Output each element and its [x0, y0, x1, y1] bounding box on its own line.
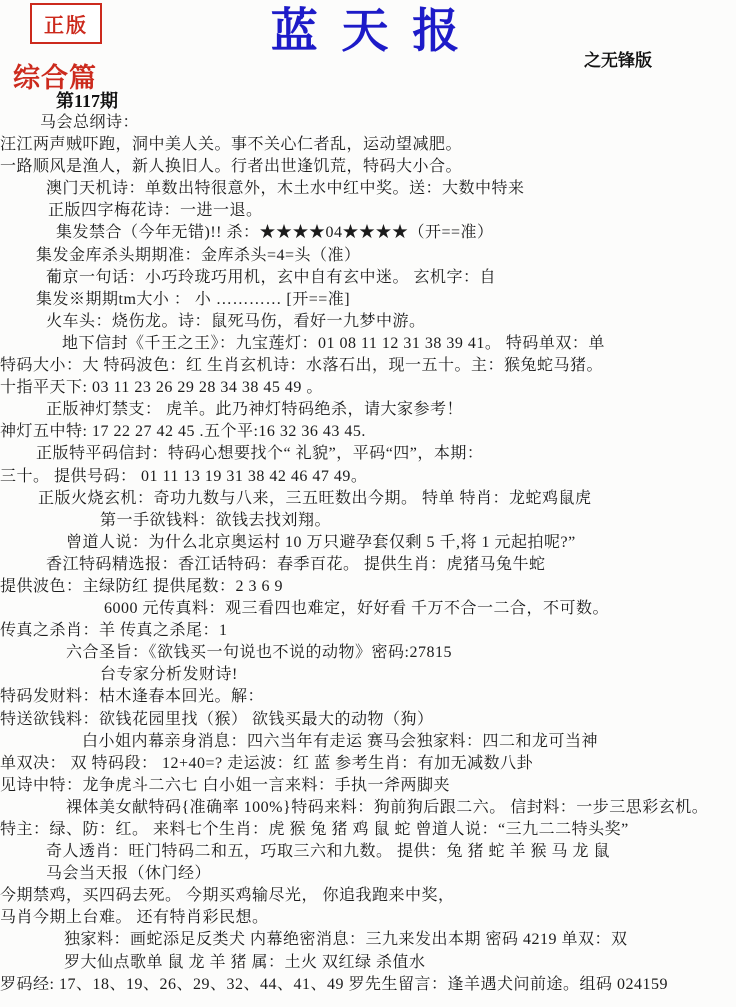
text-line: 传真之杀肖：羊 传真之杀尾：1 [0, 620, 736, 642]
text-line: 曾道人说：为什么北京奥运村 10 万只避孕套仅剩 5 千,将 1 元起拍呢?” [0, 532, 736, 554]
text-line: 独家料：画蛇添足反类犬 内幕绝密消息：三九来发出本期 密码 4219 单双：双 [0, 929, 736, 951]
text-line: 特送欲钱料：欲钱花园里找（猴） 欲钱买最大的动物（狗） [0, 709, 736, 731]
edition-label: 之无锋版 [584, 46, 652, 71]
text-line: 奇人透肖：旺门特码二和五，巧取三六和九数。 提供：兔 猪 蛇 羊 猴 马 龙 鼠 [0, 841, 736, 863]
text-line: 提供波色：主绿防红 提供尾数：2 3 6 9 [0, 576, 736, 598]
text-line: 火车头：烧伤龙。诗：鼠死马伤，看好一九梦中游。 [0, 311, 736, 333]
text-line: 马肖今期上台难。 还有特肖彩民想。 [0, 907, 736, 929]
text-line: 特码发财料：枯木逢春本回光。解： [0, 686, 736, 708]
text-line: 罗大仙点歌单 鼠 龙 羊 猪 属：土火 双红绿 杀值水 [0, 952, 736, 974]
text-line: 今期禁鸡，买四码去死。 今期买鸡输尽光， 你追我跑来中奖， [0, 885, 736, 907]
issue-number: 第117期 [56, 87, 118, 113]
text-line: 单双决： 双 特码段： 12+40=? 走运波：红 蓝 参考生肖：有加无减数八卦 [0, 753, 736, 775]
text-line: 马会当天报（休门经） [0, 863, 736, 885]
text-line: 白小姐内幕亲身消息：四六当年有走运 赛马会独家料：四二和龙可当神 [0, 731, 736, 753]
text-line: 集发※期期tm大小 ： 小 ………… [开==准] [0, 289, 736, 311]
text-line: 三十。 提供号码： 01 11 13 19 31 38 42 46 47 49。 [0, 466, 736, 488]
text-line: 第一手欲钱料：欲钱去找刘翔。 [0, 510, 736, 532]
text-line: 澳门天机诗：单数出特很意外，木土水中红中奖。送：大数中特来 [0, 178, 736, 200]
text-line: 特主：绿、防：红。 来料七个生肖：虎 猴 兔 猪 鸡 鼠 蛇 曾道人说：“三九二… [0, 819, 736, 841]
text-line: 十指平天下: 03 11 23 26 29 28 34 38 45 49 。 [0, 377, 736, 399]
text-line: 一路顺风是渔人，新人换旧人。行者出世逢饥荒，特码大小合。 [0, 156, 736, 178]
text-line: 神灯五中特: 17 22 27 42 45 .五个平:16 32 36 43 4… [0, 421, 736, 443]
text-line: 6000 元传真料：观三看四也难定，好好看 千万不合一二合，不可数。 [0, 598, 736, 620]
text-line: 正版神灯禁支： 虎羊。此乃神灯特码绝杀，请大家参考！ [0, 399, 736, 421]
text-line: 汪江两声贼吓跑，洞中美人关。事不关心仁者乱，运动望减肥。 [0, 134, 736, 156]
text-line: 正版四字梅花诗：一进一退。 [0, 200, 736, 222]
text-line: 台专家分析发财诗! [0, 664, 736, 686]
text-line: 见诗中特：龙争虎斗二六七 白小姐一言来料：手执一斧两脚夹 [0, 775, 736, 797]
text-line: 裸体美女献特码{准确率 100%}特码来料：狗前狗后跟二六。 信封料：一步三思彩… [0, 797, 736, 819]
text-line: 罗码经: 17、18、19、26、29、32、44、41、49 罗先生留言：逢羊… [0, 974, 736, 996]
text-line: 正版火烧玄机：奇功九数与八来，三五旺数出今期。 特单 特肖：龙蛇鸡鼠虎 [0, 488, 736, 510]
text-line: 香江特码精选报：香江话特码：春季百花。 提供生肖：虎猪马兔牛蛇 [0, 554, 736, 576]
text-line: 马会总纲诗： [0, 112, 736, 134]
text-line: 正版特平码信封：特码心想要找个“ 礼貌”，平码“四”，本期： [0, 443, 736, 465]
text-line: 集发金库杀头期期准：金库杀头=4=头（准） [0, 245, 736, 267]
text-line: 葡京一句话：小巧玲珑巧用机，玄中自有玄中迷。 玄机字：自 [0, 267, 736, 289]
text-line: 地下信封《千王之王》：九宝莲灯：01 08 11 12 31 38 39 41。… [0, 333, 736, 355]
report-header: 正版 蓝 天 报 之无锋版 综合篇 第117期 [0, 0, 736, 112]
text-line: 六合圣旨：《欲钱买一句说也不说的动物》密码:27815 [0, 642, 736, 664]
text-line: 特码大小：大 特码波色：红 生肖玄机诗：水落石出，现一五十。主：猴兔蛇马猪。 [0, 355, 736, 377]
text-line: 集发禁合（今年无错)!! 杀：★★★★04★★★★（开==准） [0, 222, 736, 244]
text-lines: 马会总纲诗：汪江两声贼吓跑，洞中美人关。事不关心仁者乱，运动望减肥。一路顺风是渔… [0, 112, 736, 996]
